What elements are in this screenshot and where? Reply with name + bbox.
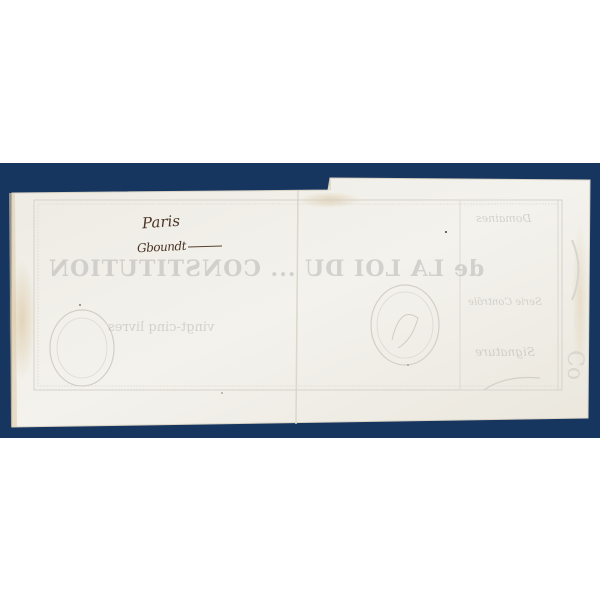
showthrough-right-mid: Serie Contrôle	[468, 297, 542, 308]
svg-text:Co: Co	[562, 350, 587, 380]
showthrough-value: vingt-cinq livres	[108, 320, 214, 335]
showthrough-title: de LA LOI DU ... CONSTITUTION	[48, 256, 484, 282]
handwritten-city: Paris	[141, 212, 180, 233]
showthrough-right-top: Domaines	[476, 212, 531, 225]
showthrough-right-bottom: Signature	[475, 345, 535, 359]
assignat-banknote: Co de LA LOI DU ... CONSTITUTION vingt-c…	[0, 0, 600, 600]
handwritten-signature: Gboundt	[137, 239, 187, 256]
